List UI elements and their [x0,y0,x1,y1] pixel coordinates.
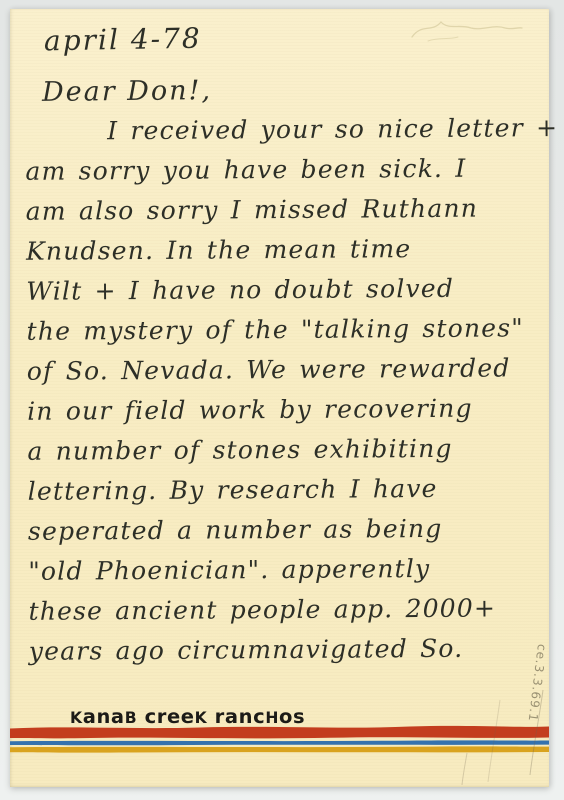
letter-paper: april 4-78 Dear Don!, I received your so… [10,9,549,787]
letter-line: of So. Nevada. We were rewarded [27,348,542,392]
letter-line: Wilt + I have no doubt solved [26,268,541,312]
letter-line: a number of stones exhibiting [27,428,542,472]
letter-line: "old Phoenician". apperently [28,548,543,592]
letter-line: seperated a number as being [28,508,543,552]
letter-line: Knudsen. In the mean time [26,228,541,272]
letter-line: these ancient people app. 2000+ [28,588,543,632]
letter-line: the mystery of the "talking stones" [26,308,541,352]
letter-line: years ago circumnavigated So. [29,628,544,672]
letter-salutation: Dear Don!, [42,75,212,108]
red-stripe [10,726,549,738]
letter-line: lettering. By research I have [28,468,543,512]
handwritten-letter: april 4-78 Dear Don!, I received your so… [10,9,549,787]
scanned-letter-page: { "scan": { "background_color": "#e6e9e8… [0,0,564,800]
letter-date: april 4-78 [44,22,202,58]
blue-stripe [10,740,549,745]
letter-line: am also sorry I missed Ruthann [26,188,541,232]
letter-line: in our field work by recovering [27,388,542,432]
gold-stripe [10,746,549,752]
letter-line: am sorry you have been sick. I [25,148,540,192]
letter-body: I received your so nice letter + am sorr… [25,108,544,672]
letter-line: I received your so nice letter + [25,108,540,152]
letterhead-stripes [10,721,549,757]
